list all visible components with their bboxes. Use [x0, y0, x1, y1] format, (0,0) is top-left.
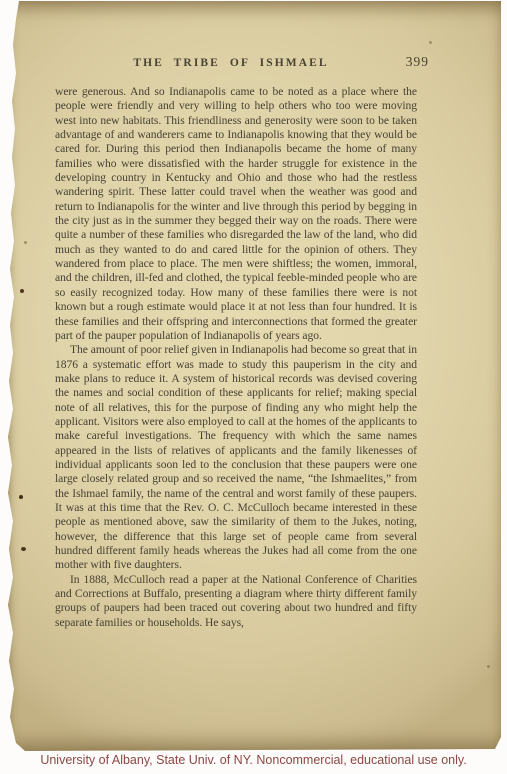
page-number: 399 — [406, 54, 429, 70]
ink-speck — [429, 41, 432, 44]
scanned-book-page-image: THE TRIBE OF ISHMAEL 399 were generous. … — [0, 0, 507, 774]
ink-speck — [19, 495, 23, 499]
running-header-title: THE TRIBE OF ISHMAEL — [55, 56, 407, 70]
ink-speck — [487, 665, 490, 668]
usage-notice: University of Albany, State Univ. of NY.… — [0, 753, 507, 767]
running-header: THE TRIBE OF ISHMAEL 399 — [55, 56, 429, 72]
body-paragraph: The amount of poor relief given in India… — [55, 343, 417, 573]
ink-speck — [21, 547, 26, 551]
book-page: THE TRIBE OF ISHMAEL 399 were generous. … — [5, 1, 501, 751]
body-paragraph: were generous. And so Indianapolis came … — [55, 85, 417, 343]
ink-speck — [20, 289, 24, 293]
body-text: were generous. And so Indianapolis came … — [55, 85, 417, 630]
body-paragraph: In 1888, McCulloch read a paper at the N… — [55, 573, 417, 630]
ink-speck — [24, 241, 27, 244]
